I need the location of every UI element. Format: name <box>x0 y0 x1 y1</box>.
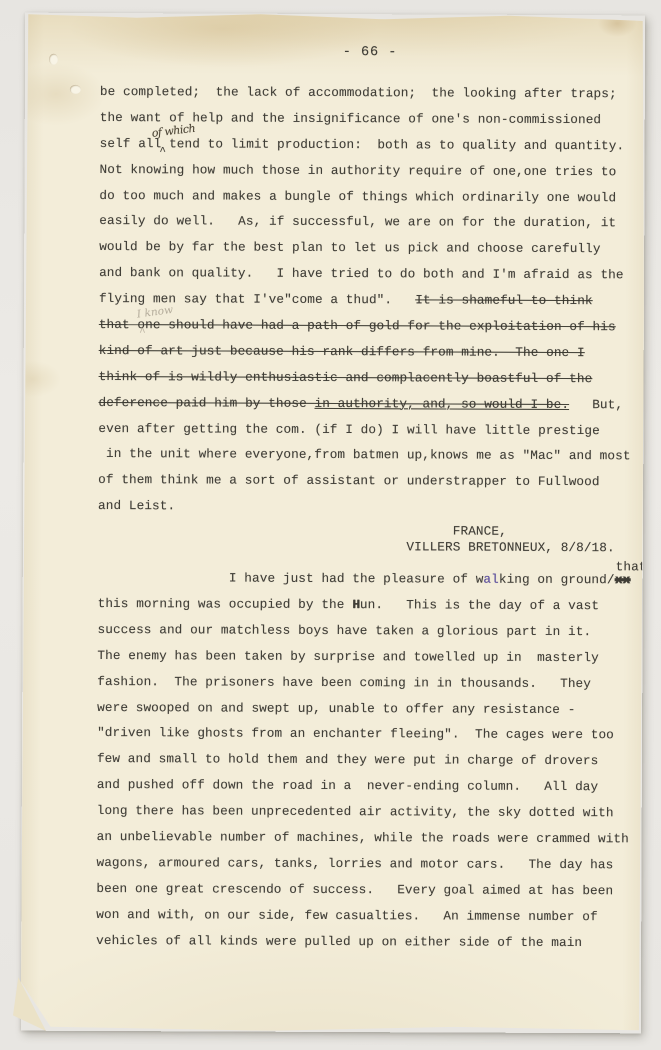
struck-text: deference paid him by those <box>98 395 314 411</box>
text-line: fashion. The prisoners have been coming … <box>97 669 642 697</box>
purple-ink-text: al <box>483 572 499 587</box>
struck-text: It is shameful to think <box>415 292 592 308</box>
typed-text: easily do well. As, if successful, we ar… <box>99 213 616 230</box>
typed-text: and pushed off down the road in a never-… <box>97 777 598 794</box>
typed-text: be completed; the lack of accommodation;… <box>100 84 617 101</box>
text-line: an unbelievable number of machines, whil… <box>97 824 642 852</box>
typed-text: this morning was occupied by the <box>98 596 353 612</box>
struck-text: kind of art just because his rank differ… <box>99 343 585 360</box>
text-line: in the unit where everyone,from batmen u… <box>98 441 643 469</box>
text-line: and bank on quality. I have tried to do … <box>99 260 644 288</box>
text-line: of them think me a sort of assistant or … <box>98 467 643 495</box>
struck-underlined-text: in authority, and, so would I be. <box>314 396 569 412</box>
text-line: been one great crescendo of success. Eve… <box>96 876 641 904</box>
text-line: wagons, armoured cars, tanks, lorries an… <box>96 850 641 878</box>
text-line: be completed; the lack of accommodation;… <box>100 79 645 107</box>
typed-text: and Leist. <box>98 498 175 513</box>
text-line: few and small to hold them and they were… <box>97 746 642 774</box>
typed-text: un. This is the day of a vast <box>360 597 599 613</box>
typed-text: been one great crescendo of success. Eve… <box>96 881 613 898</box>
text-line: long there has been unprecedented air ac… <box>97 798 642 826</box>
text-line: vehicles of all kinds were pulled up on … <box>96 928 641 956</box>
text-line: think of is wildly enthusiastic and comp… <box>99 364 644 392</box>
typescript-body: be completed; the lack of accommodation;… <box>21 13 645 956</box>
typed-text: "driven like ghosts from an enchanter fl… <box>97 725 614 742</box>
struck-text: ne should have had a path of gold for th… <box>145 317 616 334</box>
struck-text: think of is wildly enthusiastic and comp… <box>99 369 593 386</box>
text-line: and pushed off down the road in a never-… <box>97 772 642 800</box>
typed-text: do too much and makes a bungle of things… <box>99 188 616 205</box>
typed-text: few and small to hold them and they were… <box>97 751 598 768</box>
typed-text: were swooped on and swept up, unable to … <box>97 700 575 717</box>
text-line: success and our matchless boys have take… <box>97 617 642 645</box>
typed-text: vehicles of all kinds were pulled up on … <box>96 933 582 950</box>
text-line: deference paid him by those in authority… <box>98 390 643 418</box>
text-line: do too much and makes a bungle of things… <box>99 183 644 211</box>
typed-text: fashion. The prisoners have been coming … <box>97 674 591 691</box>
typed-text: would be by far the best plan to let us … <box>99 239 600 256</box>
typed-text: long there has been unprecedented air ac… <box>97 803 614 820</box>
typed-text: even after getting the com. (if I do) I … <box>98 421 599 438</box>
typed-text: Not knowing how much those in authority … <box>100 162 617 179</box>
typed-text: The enemy has been taken by surprise and… <box>97 648 598 665</box>
typed-text: wagons, armoured cars, tanks, lorries an… <box>96 855 613 872</box>
typewritten-page: - 66 - be completed; the lack of accommo… <box>21 13 645 1034</box>
text-line: flying men say that I've"come a thud". I… <box>99 286 644 314</box>
typed-text: FRANCE, <box>98 522 507 539</box>
typed-text: tend to limit production: both as to qua… <box>161 136 624 153</box>
text-line: kind of art just because his rank differ… <box>99 338 644 366</box>
text-line: were swooped on and swept up, unable to … <box>97 695 642 723</box>
text-line: I have just had the pleasure of walking … <box>98 565 643 593</box>
typed-text: I have just had the pleasure of w <box>98 570 484 587</box>
text-line: The enemy has been taken by surprise and… <box>97 643 642 671</box>
typed-text: in the unit where everyone,from batmen u… <box>98 446 630 463</box>
typed-text: and bank on quality. I have tried to do … <box>99 265 624 282</box>
typed-text: of them think me a sort of assistant or … <box>98 472 599 489</box>
typed-text: an unbelievable number of machines, whil… <box>97 829 629 846</box>
text-line: self allof which^ tend to limit producti… <box>100 131 645 159</box>
typed-text: VILLERS BRETONNEUX, 8/8/18. <box>98 538 615 555</box>
typed-text: won and with, on our side, few casualtie… <box>96 907 597 924</box>
text-line: this morning was occupied by the Hun. Th… <box>98 591 643 619</box>
text-line: that oI know^ne should have had a path o… <box>99 312 644 340</box>
text-line: would be by far the best plan to let us … <box>99 234 644 262</box>
scanned-document-page: { "page": { "background_color": "#e9e7e3… <box>0 0 661 1050</box>
text-line: "driven like ghosts from an enchanter fl… <box>97 720 642 748</box>
text-line: won and with, on our side, few casualtie… <box>96 902 641 930</box>
typed-text: success and our matchless boys have take… <box>98 622 592 639</box>
text-line: even after getting the com. (if I do) I … <box>98 416 643 444</box>
typed-text: But, <box>569 397 623 412</box>
typed-text: king on ground/ <box>499 572 615 588</box>
text-line: VILLERS BRETONNEUX, 8/8/18. <box>98 538 643 556</box>
text-line: and Leist. <box>98 493 643 521</box>
text-line: easily do well. As, if successful, we ar… <box>99 208 644 236</box>
text-line: Not knowing how much those in authority … <box>99 157 644 185</box>
